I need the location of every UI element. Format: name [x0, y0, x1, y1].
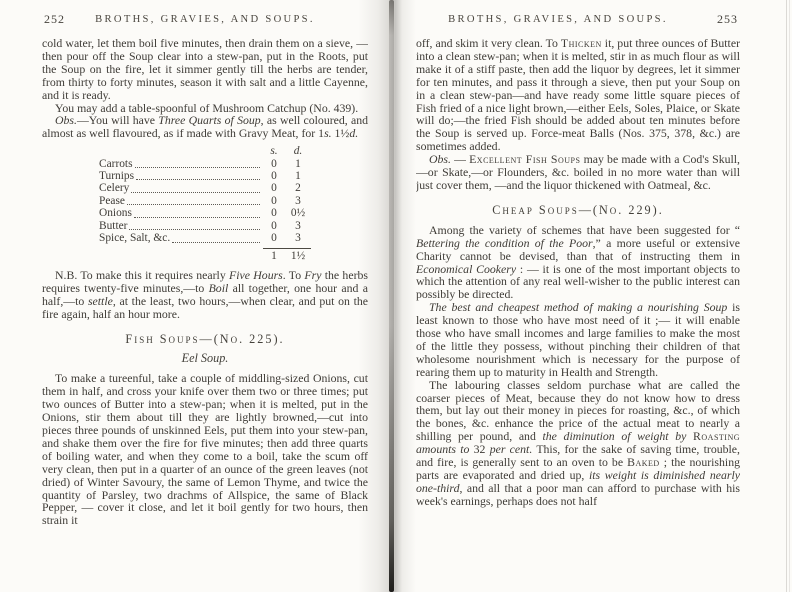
paragraph: The labouring classes seldom purchase wh… [416, 379, 740, 508]
text-segment: —You will have [77, 113, 158, 127]
cost-row: Celery02 [99, 182, 311, 194]
left-page: 252 BROTHS, GRAVIES, AND SOUPS. cold wat… [42, 12, 368, 584]
cost-shillings: 0 [263, 158, 285, 170]
cost-row: Butter03 [99, 220, 311, 232]
running-title-right: BROTHS, GRAVIES, AND SOUPS. [416, 14, 700, 25]
binding-shadow-line [389, 0, 394, 592]
cost-item: Onions [99, 207, 132, 219]
cost-row: Pease03 [99, 195, 311, 207]
running-title-left: BROTHS, GRAVIES, AND SOUPS. [42, 14, 368, 25]
right-running-head: BROTHS, GRAVIES, AND SOUPS. 253 [416, 12, 740, 29]
text-segment: Economical Cookery [416, 262, 516, 276]
text-segment: Obs. [429, 152, 451, 166]
text-segment: s. [324, 126, 332, 140]
paragraph: Among the variety of schemes that have b… [416, 224, 740, 301]
cost-item: Spice, Salt, &c. [99, 232, 170, 244]
paragraph: off, and skim it very clean. To Thicken … [416, 37, 740, 153]
text-segment: — [451, 152, 469, 166]
page-edge-line [786, 0, 787, 592]
cost-shillings: 0 [263, 170, 285, 182]
section-heading: Fish Soups—(No. 225). [42, 333, 368, 346]
cost-item: Carrots [99, 158, 133, 170]
cost-pence: 3 [285, 195, 311, 207]
paragraph: N.B. To make this it requires nearly Fiv… [42, 269, 368, 321]
text-segment: You may add a table-spoonful of Mushroom… [55, 101, 358, 115]
text-segment: 32 [469, 442, 489, 456]
cost-row: Onions00½ [99, 207, 311, 219]
text-segment: Baked [627, 455, 660, 469]
leader-dots [131, 192, 260, 193]
cost-table: s.d.Carrots01Turnips01Celery02Pease03Oni… [99, 145, 311, 262]
leader-dots [129, 229, 260, 230]
cost-shillings: 0 [263, 195, 285, 207]
text-segment: Thicken [561, 36, 602, 50]
text-segment: 1½ [332, 126, 350, 140]
cost-pence: 3 [285, 232, 311, 244]
leader-dots [135, 167, 260, 168]
text-segment: Excellent Fish Soups [469, 152, 580, 166]
page-number-right: 253 [717, 12, 738, 27]
cost-col-header: s. [263, 145, 285, 157]
paragraph: cold water, let them boil five minutes, … [42, 37, 368, 102]
cost-row: Turnips01 [99, 170, 311, 182]
text-segment: it, put three ounces of Butter into a cl… [416, 36, 740, 153]
text-segment: settle [88, 294, 113, 308]
text-segment: Fry [304, 268, 321, 282]
text-segment: per cent. [490, 442, 533, 456]
gutter-shadow [358, 0, 416, 592]
page-edge-line [789, 0, 790, 592]
leader-dots [172, 242, 260, 243]
text-segment: Among the variety of schemes that have b… [429, 223, 740, 237]
paragraph: Obs.—You will have Three Quarts of Soup,… [42, 114, 368, 140]
section-heading: Cheap Soups—(No. 229). [416, 204, 740, 217]
cost-col-header: d. [285, 145, 311, 157]
paragraph: Obs. — Excellent Fish Soups may be made … [416, 153, 740, 192]
cost-item: Pease [99, 195, 125, 207]
cost-item: Turnips [99, 170, 134, 182]
cost-item: Butter [99, 220, 127, 232]
cost-row: Spice, Salt, &c.03 [99, 232, 311, 244]
cost-shillings: 0 [263, 207, 285, 219]
left-page-body: cold water, let them boil five minutes, … [42, 37, 368, 527]
cost-shillings: 0 [263, 232, 285, 244]
cost-pence: 3 [285, 220, 311, 232]
text-segment: . To [283, 268, 305, 282]
cost-item: Celery [99, 182, 129, 194]
cost-pence: 0½ [285, 207, 311, 219]
text-segment: , and all that a poor man can afford to … [416, 481, 740, 508]
right-page-body: off, and skim it very clean. To Thicken … [416, 37, 740, 508]
text-segment: off, and skim it very clean. To [416, 36, 561, 50]
leader-dots [134, 217, 260, 218]
text-segment: To make a tureenful, take a couple of mi… [42, 371, 368, 527]
right-page: BROTHS, GRAVIES, AND SOUPS. 253 off, and… [416, 12, 740, 584]
text-segment: Boil [209, 281, 229, 295]
cost-pence: 1 [285, 158, 311, 170]
cost-total: 11½ [263, 248, 311, 262]
text-segment: Roasting [693, 429, 740, 443]
paragraph: The best and cheapest method of making a… [416, 301, 740, 378]
text-segment: The best and cheapest method of making a… [429, 300, 727, 314]
paragraph: To make a tureenful, take a couple of mi… [42, 372, 368, 527]
leader-dots [136, 179, 260, 180]
text-segment: Three Quarts of Soup [158, 113, 260, 127]
text-segment: Five Hours [229, 268, 283, 282]
text-segment: amounts to [416, 442, 469, 456]
cost-shillings: 0 [263, 182, 285, 194]
text-segment: Obs. [55, 113, 77, 127]
text-segment: N.B. To make this it requires nearly [55, 268, 229, 282]
text-segment: cold water, let them boil five minutes, … [42, 36, 368, 102]
leader-dots [127, 204, 260, 205]
recipe-heading: Eel Soup. [42, 352, 368, 365]
book-scan: 252 BROTHS, GRAVIES, AND SOUPS. cold wat… [0, 0, 792, 592]
cost-pence: 2 [285, 182, 311, 194]
text-segment: d. [349, 126, 358, 140]
cost-row: Carrots01 [99, 158, 311, 170]
text-segment: Bettering the condition of the Poor [416, 236, 593, 250]
left-running-head: 252 BROTHS, GRAVIES, AND SOUPS. [42, 12, 368, 29]
cost-shillings: 0 [263, 220, 285, 232]
text-segment: the diminution of weight by [543, 429, 687, 443]
cost-pence: 1 [285, 170, 311, 182]
